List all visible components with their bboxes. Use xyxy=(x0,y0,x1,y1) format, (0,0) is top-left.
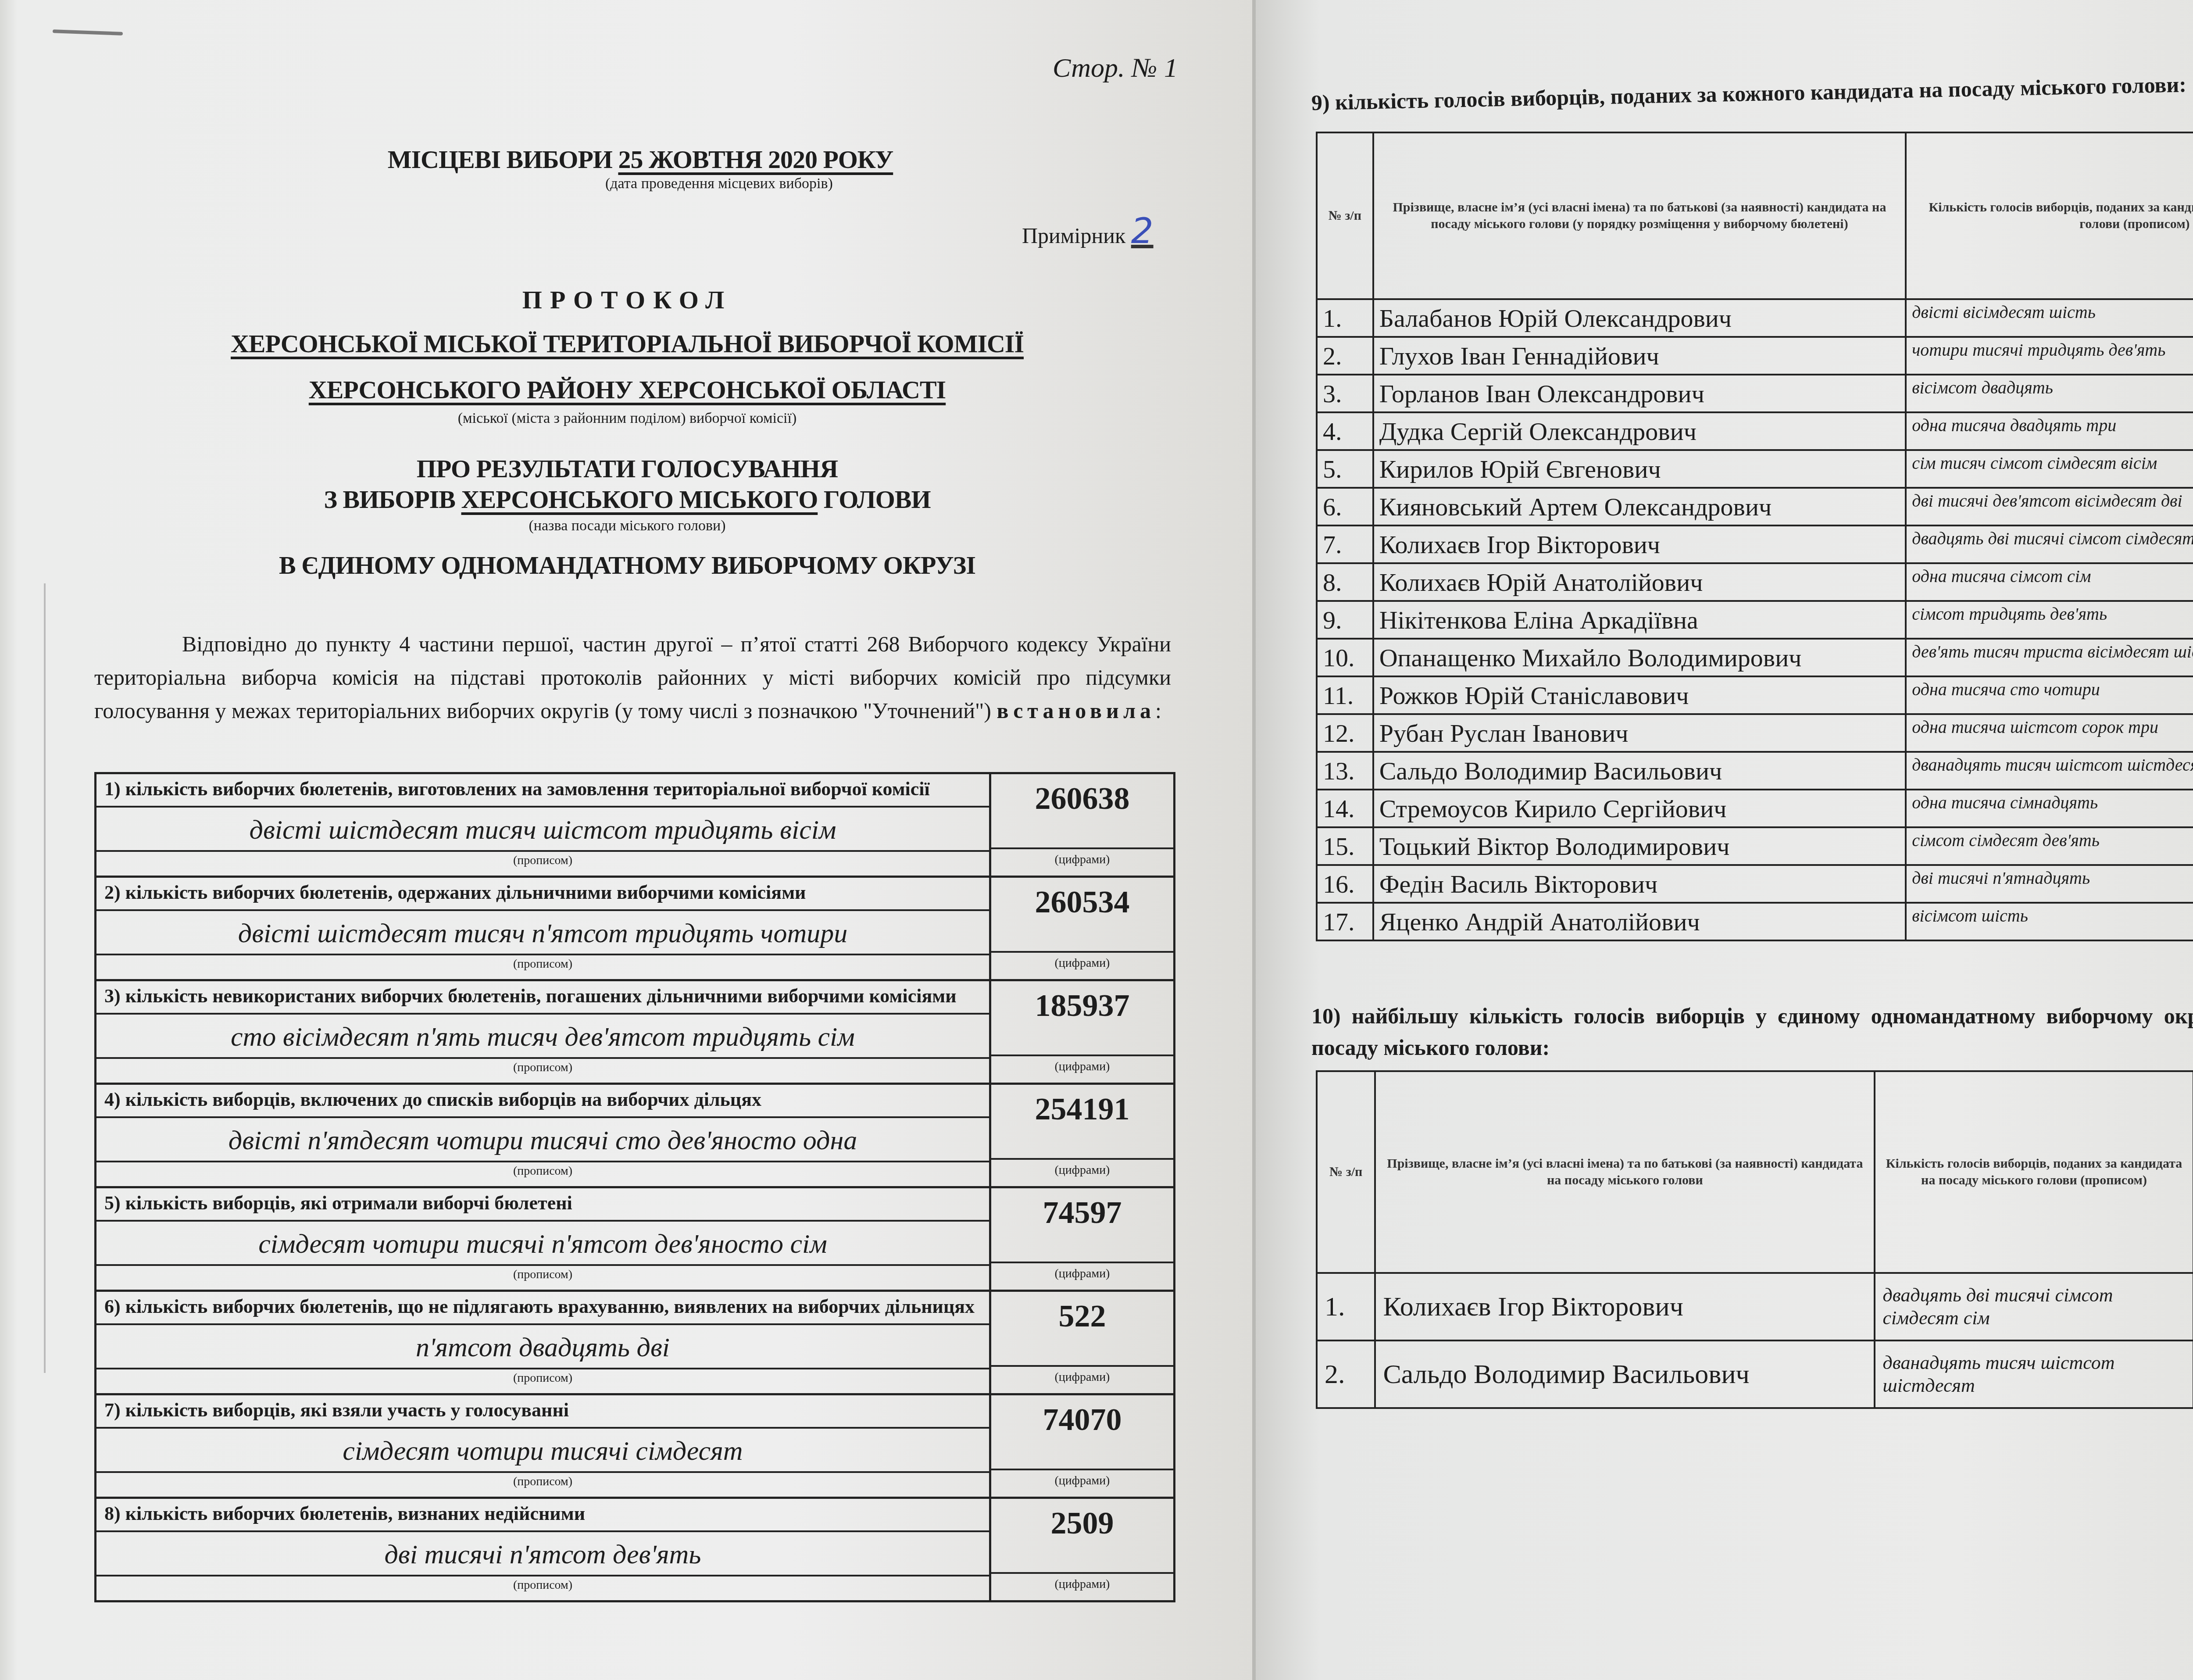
page-edge xyxy=(44,583,52,1373)
stat-right: 2509 (цифрами) xyxy=(991,1499,1173,1600)
candidate-row: 15. Тоцький Віктор Володимирович сімсот … xyxy=(1317,827,2193,865)
header-name: Прізвище, власне ім’я (усі власні імена)… xyxy=(1373,132,1906,299)
caption-digits: (цифрами) xyxy=(991,1572,1173,1600)
results-prefix: З ВИБОРІВ xyxy=(324,485,455,514)
leader-row: 1. Колихаєв Ігор Вікторович двадцять дві… xyxy=(1317,1273,2193,1340)
candidate-row: 2. Глухов Іван Геннадійович чотири тисяч… xyxy=(1317,337,2193,375)
stat-row: 6) кількість виборчих бюлетенів, що не п… xyxy=(96,1292,1173,1395)
candidate-num: 9. xyxy=(1317,601,1373,639)
candidate-votes-words: одна тисяча шістсот сорок три xyxy=(1906,714,2193,752)
candidate-num: 11. xyxy=(1317,676,1373,714)
leader-row: 2. Сальдо Володимир Васильович дванадцят… xyxy=(1317,1340,2193,1408)
candidate-votes-words: сім тисяч сімсот сімдесят вісім xyxy=(1906,450,2193,488)
stats-table: 1) кількість виборчих бюлетенів, виготов… xyxy=(94,772,1175,1602)
stat-row: 7) кількість виборців, які взяли участь … xyxy=(96,1395,1173,1499)
candidate-row: 13. Сальдо Володимир Васильович дванадця… xyxy=(1317,752,2193,790)
stat-label: 6) кількість виборчих бюлетенів, що не п… xyxy=(96,1292,989,1325)
candidate-num: 5. xyxy=(1317,450,1373,488)
paragraph-end: : xyxy=(1155,698,1161,723)
header-num: № з/п xyxy=(1317,132,1373,299)
header-words: Кількість голосів виборців, поданих за к… xyxy=(1875,1071,2193,1273)
candidate-votes-words: сімсот тридцять дев'ять xyxy=(1906,601,2193,639)
candidate-name: Колихаєв Юрій Анатолійович xyxy=(1373,563,1906,601)
leader-num: 1. xyxy=(1317,1273,1375,1340)
caption-digits: (цифрами) xyxy=(991,847,1173,876)
caption-words: (прописом) xyxy=(96,1576,989,1600)
stat-label: 3) кількість невикористаних виборчих бюл… xyxy=(96,981,989,1015)
candidate-name: Стремоусов Кирило Сергійович xyxy=(1373,790,1906,827)
candidate-votes-words: дві тисячі п'ятнадцять xyxy=(1906,865,2193,903)
results-line-1: ПРО РЕЗУЛЬТАТИ ГОЛОСУВАННЯ xyxy=(0,454,1254,483)
candidate-votes-words: сімсот сімдесят дев'ять xyxy=(1906,827,2193,865)
paragraph-spaced: встановила xyxy=(997,698,1155,723)
caption-words: (прописом) xyxy=(96,1266,989,1290)
candidate-name: Яценко Андрій Анатолійович xyxy=(1373,903,1906,940)
candidate-num: 10. xyxy=(1317,639,1373,676)
leaders-table: № з/п Прізвище, власне ім’я (усі власні … xyxy=(1316,1070,2193,1409)
candidate-votes-words: одна тисяча сімсот сім xyxy=(1906,563,2193,601)
caption-words: (прописом) xyxy=(96,852,989,876)
stat-left: 2) кількість виборчих бюлетенів, одержан… xyxy=(96,878,991,979)
candidate-row: 16. Федін Василь Вікторович дві тисячі п… xyxy=(1317,865,2193,903)
candidate-name: Балабанов Юрій Олександрович xyxy=(1373,299,1906,337)
candidate-num: 12. xyxy=(1317,714,1373,752)
caption-digits: (цифрами) xyxy=(991,1054,1173,1083)
candidate-row: 14. Стремоусов Кирило Сергійович одна ти… xyxy=(1317,790,2193,827)
election-date-caption: (дата проведення місцевих виборів) xyxy=(605,175,833,192)
candidate-votes-words: двадцять дві тисячі сімсот сімдесят сім xyxy=(1906,525,2193,563)
results-suffix: ГОЛОВИ xyxy=(824,485,931,514)
stat-left: 5) кількість виборців, які отримали вибо… xyxy=(96,1188,991,1290)
header-words: Кількість голосів виборців, поданих за к… xyxy=(1906,132,2193,299)
commission-line-2: ХЕРСОНСЬКОГО РАЙОНУ ХЕРСОНСЬКОЇ ОБЛАСТІ xyxy=(0,375,1254,404)
candidate-row: 1. Балабанов Юрій Олександрович двісті в… xyxy=(1317,299,2193,337)
leader-num: 2. xyxy=(1317,1340,1375,1408)
stat-right: 522 (цифрами) xyxy=(991,1292,1173,1393)
candidate-name: Рубан Руслан Іванович xyxy=(1373,714,1906,752)
candidate-row: 7. Колихаєв Ігор Вікторович двадцять дві… xyxy=(1317,525,2193,563)
caption-words: (прописом) xyxy=(96,1369,989,1393)
stat-right: 260534 (цифрами) xyxy=(991,878,1173,979)
caption-words: (прописом) xyxy=(96,1473,989,1497)
candidate-num: 3. xyxy=(1317,375,1373,412)
stat-left: 1) кількість виборчих бюлетенів, виготов… xyxy=(96,774,991,876)
stat-label: 1) кількість виборчих бюлетенів, виготов… xyxy=(96,774,989,808)
candidate-row: 3. Горланов Іван Олександрович вісімсот … xyxy=(1317,375,2193,412)
stat-words: дві тисячі п'ятсот дев'ять xyxy=(96,1532,989,1576)
candidate-row: 8. Колихаєв Юрій Анатолійович одна тисяч… xyxy=(1317,563,2193,601)
caption-digits: (цифрами) xyxy=(991,1469,1173,1497)
stat-value: 185937 xyxy=(991,981,1173,1024)
caption-digits: (цифрами) xyxy=(991,1262,1173,1290)
candidate-votes-words: дев'ять тисяч триста вісімдесят шість xyxy=(1906,639,2193,676)
stat-row: 5) кількість виборців, які отримали вибо… xyxy=(96,1188,1173,1292)
candidate-row: 10. Опанащенко Михайло Володимирович дев… xyxy=(1317,639,2193,676)
candidate-row: 6. Кияновський Артем Олександрович дві т… xyxy=(1317,488,2193,525)
stat-value: 522 xyxy=(991,1292,1173,1334)
page-number: Стор. № 1 xyxy=(1053,53,1178,84)
election-date: 25 ЖОВТНЯ 2020 РОКУ xyxy=(618,145,893,174)
results-underlined: ХЕРСОНСЬКОГО МІСЬКОГО xyxy=(461,485,818,514)
candidate-name: Глухов Іван Геннадійович xyxy=(1373,337,1906,375)
candidate-name: Опанащенко Михайло Володимирович xyxy=(1373,639,1906,676)
candidate-name: Кияновський Артем Олександрович xyxy=(1373,488,1906,525)
stat-row: 4) кількість виборців, включених до спис… xyxy=(96,1085,1173,1188)
candidate-name: Рожков Юрій Станіславович xyxy=(1373,676,1906,714)
candidate-row: 9. Нікітенкова Еліна Аркадіївна сімсот т… xyxy=(1317,601,2193,639)
copy-number: 2 xyxy=(1131,211,1154,251)
stat-right: 74070 (цифрами) xyxy=(991,1395,1173,1497)
stat-label: 5) кількість виборців, які отримали вибо… xyxy=(96,1188,989,1222)
candidate-votes-words: одна тисяча сімнадцять xyxy=(1906,790,2193,827)
candidate-name: Тоцький Віктор Володимирович xyxy=(1373,827,1906,865)
caption-words: (прописом) xyxy=(96,1059,989,1083)
results-line-2: З ВИБОРІВ ХЕРСОНСЬКОГО МІСЬКОГО ГОЛОВИ xyxy=(0,485,1254,514)
candidate-num: 15. xyxy=(1317,827,1373,865)
results-caption: (назва посади міського голови) xyxy=(0,518,1254,534)
section-10-title: 10) найбільшу кількість голосів виборців… xyxy=(1311,1000,2193,1063)
commission-line-1: ХЕРСОНСЬКОЇ МІСЬКОЇ ТЕРИТОРІАЛЬНОЇ ВИБОР… xyxy=(0,329,1254,358)
candidate-row: 4. Дудка Сергій Олександрович одна тисяч… xyxy=(1317,412,2193,450)
stat-value: 74597 xyxy=(991,1188,1173,1231)
header-num: № з/п xyxy=(1317,1071,1375,1273)
leader-votes-words: дванадцять тисяч шістсот шістдесят xyxy=(1875,1340,2193,1408)
stat-words: п'ятсот двадцять дві xyxy=(96,1325,989,1369)
candidate-votes-words: одна тисяча сто чотири xyxy=(1906,676,2193,714)
candidate-name: Сальдо Володимир Васильович xyxy=(1373,752,1906,790)
candidate-row: 11. Рожков Юрій Станіславович одна тисяч… xyxy=(1317,676,2193,714)
candidate-name: Дудка Сергій Олександрович xyxy=(1373,412,1906,450)
stat-label: 7) кількість виборців, які взяли участь … xyxy=(96,1395,989,1429)
candidate-row: 17. Яценко Андрій Анатолійович вісімсот … xyxy=(1317,903,2193,940)
candidate-num: 2. xyxy=(1317,337,1373,375)
stat-value: 254191 xyxy=(991,1085,1173,1127)
stat-row: 3) кількість невикористаних виборчих бюл… xyxy=(96,981,1173,1085)
candidate-num: 8. xyxy=(1317,563,1373,601)
stat-value: 74070 xyxy=(991,1395,1173,1438)
stat-label: 2) кількість виборчих бюлетенів, одержан… xyxy=(96,878,989,911)
candidate-name: Кирилов Юрій Євгенович xyxy=(1373,450,1906,488)
copy-line: Примірник 2 xyxy=(1022,211,1154,251)
candidates-table: № з/п Прізвище, власне ім’я (усі власні … xyxy=(1316,132,2193,941)
district-line: В ЄДИНОМУ ОДНОМАНДАТНОМУ ВИБОРЧОМУ ОКРУЗ… xyxy=(0,550,1254,580)
candidate-name: Горланов Іван Олександрович xyxy=(1373,375,1906,412)
stat-value: 260638 xyxy=(991,774,1173,817)
candidate-num: 16. xyxy=(1317,865,1373,903)
candidate-votes-words: одна тисяча двадцять три xyxy=(1906,412,2193,450)
caption-words: (прописом) xyxy=(96,1162,989,1186)
caption-words: (прописом) xyxy=(96,955,989,979)
candidate-num: 14. xyxy=(1317,790,1373,827)
stat-left: 4) кількість виборців, включених до спис… xyxy=(96,1085,991,1186)
caption-digits: (цифрами) xyxy=(991,951,1173,979)
candidate-num: 4. xyxy=(1317,412,1373,450)
stat-label: 4) кількість виборців, включених до спис… xyxy=(96,1085,989,1118)
candidate-votes-words: дві тисячі дев'ятсот вісімдесят дві xyxy=(1906,488,2193,525)
leader-name: Колихаєв Ігор Вікторович xyxy=(1375,1273,1875,1340)
stat-left: 6) кількість виборчих бюлетенів, що не п… xyxy=(96,1292,991,1393)
candidate-num: 7. xyxy=(1317,525,1373,563)
leader-votes-words: двадцять дві тисячі сімсот сімдесят сім xyxy=(1875,1273,2193,1340)
stat-right: 260638 (цифрами) xyxy=(991,774,1173,876)
commission-caption: (міської (міста з районним поділом) вибо… xyxy=(0,410,1254,427)
candidate-row: 12. Рубан Руслан Іванович одна тисяча ші… xyxy=(1317,714,2193,752)
stat-words: двісті шістдесят тисяч шістсот тридцять … xyxy=(96,808,989,852)
stat-value: 260534 xyxy=(991,878,1173,920)
leader-name: Сальдо Володимир Васильович xyxy=(1375,1340,1875,1408)
stat-value: 2509 xyxy=(991,1499,1173,1541)
stat-row: 1) кількість виборчих бюлетенів, виготов… xyxy=(96,774,1173,878)
candidate-votes-words: дванадцять тисяч шістсот шістдесят xyxy=(1906,752,2193,790)
stat-label: 8) кількість виборчих бюлетенів, визнани… xyxy=(96,1499,989,1532)
stat-left: 3) кількість невикористаних виборчих бюл… xyxy=(96,981,991,1083)
stat-words: сто вісімдесят п'ять тисяч дев'ятсот три… xyxy=(96,1015,989,1059)
candidate-votes-words: чотири тисячі тридцять дев'ять xyxy=(1906,337,2193,375)
candidate-num: 1. xyxy=(1317,299,1373,337)
candidate-name: Федін Василь Вікторович xyxy=(1373,865,1906,903)
stat-row: 2) кількість виборчих бюлетенів, одержан… xyxy=(96,878,1173,981)
candidate-num: 17. xyxy=(1317,903,1373,940)
candidate-votes-words: вісімсот шість xyxy=(1906,903,2193,940)
stat-right: 74597 (цифрами) xyxy=(991,1188,1173,1290)
stat-words: двісті п'ятдесят чотири тисячі сто дев'я… xyxy=(96,1118,989,1162)
stat-words: сімдесят чотири тисячі п'ятсот дев'яност… xyxy=(96,1222,989,1266)
header-name: Прізвище, власне ім’я (усі власні імена)… xyxy=(1375,1071,1875,1273)
candidate-votes-words: двісті вісімдесят шість xyxy=(1906,299,2193,337)
candidate-name: Колихаєв Ігор Вікторович xyxy=(1373,525,1906,563)
election-prefix: МІСЦЕВІ ВИБОРИ xyxy=(388,145,612,174)
stat-right: 185937 (цифрами) xyxy=(991,981,1173,1083)
election-line: МІСЦЕВІ ВИБОРИ 25 ЖОВТНЯ 2020 РОКУ xyxy=(377,145,904,174)
copy-label: Примірник xyxy=(1022,223,1125,248)
stat-words: сімдесят чотири тисячі сімдесят xyxy=(96,1429,989,1473)
stat-left: 7) кількість виборців, які взяли участь … xyxy=(96,1395,991,1497)
candidate-votes-words: вісімсот двадцять xyxy=(1906,375,2193,412)
stat-left: 8) кількість виборчих бюлетенів, визнани… xyxy=(96,1499,991,1600)
candidate-name: Нікітенкова Еліна Аркадіївна xyxy=(1373,601,1906,639)
intro-paragraph: Відповідно до пункту 4 частини першої, ч… xyxy=(94,627,1171,727)
candidate-num: 6. xyxy=(1317,488,1373,525)
candidate-row: 5. Кирилов Юрій Євгенович сім тисяч сімс… xyxy=(1317,450,2193,488)
candidate-num: 13. xyxy=(1317,752,1373,790)
caption-digits: (цифрами) xyxy=(991,1365,1173,1393)
page-fold xyxy=(1252,0,1256,1680)
stat-words: двісті шістдесят тисяч п'ятсот тридцять … xyxy=(96,911,989,955)
protocol-title: ПРОТОКОЛ xyxy=(0,285,1254,315)
stat-row: 8) кількість виборчих бюлетенів, визнани… xyxy=(96,1499,1173,1600)
caption-digits: (цифрами) xyxy=(991,1158,1173,1186)
stat-right: 254191 (цифрами) xyxy=(991,1085,1173,1186)
